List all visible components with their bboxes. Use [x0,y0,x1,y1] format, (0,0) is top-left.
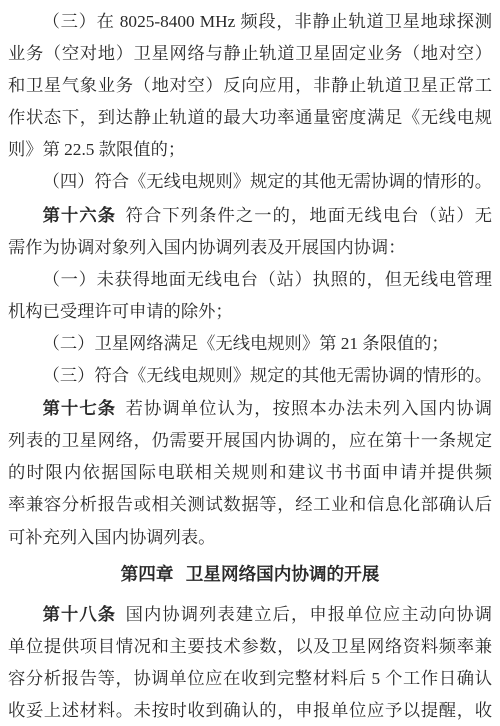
line-text: 单位提供项目情况和主要技术参数，以及卫星网络资料频率兼 [8,637,492,656]
line-text: 容分析报告等，协调单位应在收到完整材料后 5 个工作日确认 [8,669,492,688]
text-line: （三）符合《无线电规则》规定的其他无需协调的情形的。 [8,360,492,392]
line-text: 业务（空对地）卫星网络与静止轨道卫星固定业务（地对空） [8,44,492,63]
line-text: 国内协调列表建立后，申报单位应主动向协调 [126,605,492,624]
chapter-number: 第四章 [121,564,174,584]
text-line: 的时限内依据国际电联相关规则和建议书书面申请并提供频 [8,457,492,489]
article-number: 第十七条 [43,398,117,418]
text-line: 需作为协调对象列入国内协调列表及开展国内协调： [8,232,492,264]
line-text: 符合下列条件之一的，地面无线电台（站）无 [126,206,492,225]
text-line: 单位提供项目情况和主要技术参数，以及卫星网络资料频率兼 [8,631,492,663]
text-line: 则》第 22.5 款限值的； [8,134,492,166]
line-text: （二）卫星网络满足《无线电规则》第 21 条限值的； [43,334,449,353]
line-text: 则》第 22.5 款限值的； [8,140,185,159]
line-text: 收妥上述材料。未按时收到确认的，申报单位应予以提醒，收 [8,701,492,720]
line-text: （四）符合《无线电规则》规定的其他无需协调的情形的。 [43,172,492,191]
line-text: 机构已受理许可申请的除外； [8,302,233,321]
line-text: （一）未获得地面无线电台（站）执照的，但无线电管理 [43,270,492,289]
text-line: 率兼容分析报告或相关测试数据等，经工业和信息化部确认后 [8,489,492,521]
line-text: 列表的卫星网络，仍需要开展国内协调的，应在第十一条规定 [8,431,492,450]
text-line: 列表的卫星网络，仍需要开展国内协调的，应在第十一条规定 [8,425,492,457]
text-line-article-18: 第十八条国内协调列表建立后，申报单位应主动向协调 [8,598,492,631]
text-line-article-16: 第十六条符合下列条件之一的，地面无线电台（站）无 [8,199,492,232]
line-text: 作状态下，到达静止轨道的最大功率通量密度满足《无线电规 [8,108,492,127]
document-page: （三）在 8025-8400 MHz 频段，非静止轨道卫星地球探测 业务（空对地… [0,0,500,726]
text-line: 容分析报告等，协调单位应在收到完整材料后 5 个工作日确认 [8,663,492,695]
text-line: 可补充列入国内协调列表。 [8,522,492,554]
line-text: 需作为协调对象列入国内协调列表及开展国内协调： [8,238,405,257]
text-line: （一）未获得地面无线电台（站）执照的，但无线电管理 [8,264,492,296]
chapter-heading: 第四章卫星网络国内协调的开展 [8,558,492,590]
text-line: （三）在 8025-8400 MHz 频段，非静止轨道卫星地球探测 [8,6,492,38]
text-line: 和卫星气象业务（地对空）反向应用，非静止轨道卫星正常工 [8,70,492,102]
line-text: 率兼容分析报告或相关测试数据等，经工业和信息化部确认后 [8,495,492,514]
line-text: （三）在 8025-8400 MHz 频段，非静止轨道卫星地球探测 [43,12,492,31]
line-text: （三）符合《无线电规则》规定的其他无需协调的情形的。 [43,366,492,385]
line-text: 和卫星气象业务（地对空）反向应用，非静止轨道卫星正常工 [8,76,492,95]
text-line: 业务（空对地）卫星网络与静止轨道卫星固定业务（地对空） [8,38,492,70]
text-line: （二）卫星网络满足《无线电规则》第 21 条限值的； [8,328,492,360]
text-line: 收妥上述材料。未按时收到确认的，申报单位应予以提醒，收 [8,695,492,726]
text-line: （四）符合《无线电规则》规定的其他无需协调的情形的。 [8,166,492,198]
text-line: 作状态下，到达静止轨道的最大功率通量密度满足《无线电规 [8,102,492,134]
line-text: 的时限内依据国际电联相关规则和建议书书面申请并提供频 [8,463,492,482]
text-line: 机构已受理许可申请的除外； [8,296,492,328]
line-text: 可补充列入国内协调列表。 [8,528,215,547]
text-line-article-17: 第十七条若协调单位认为，按照本办法未列入国内协调 [8,392,492,425]
article-number: 第十六条 [43,205,117,225]
line-text: 若协调单位认为，按照本办法未列入国内协调 [126,399,492,418]
chapter-title: 卫星网络国内协调的开展 [186,564,380,584]
article-number: 第十八条 [43,604,117,624]
